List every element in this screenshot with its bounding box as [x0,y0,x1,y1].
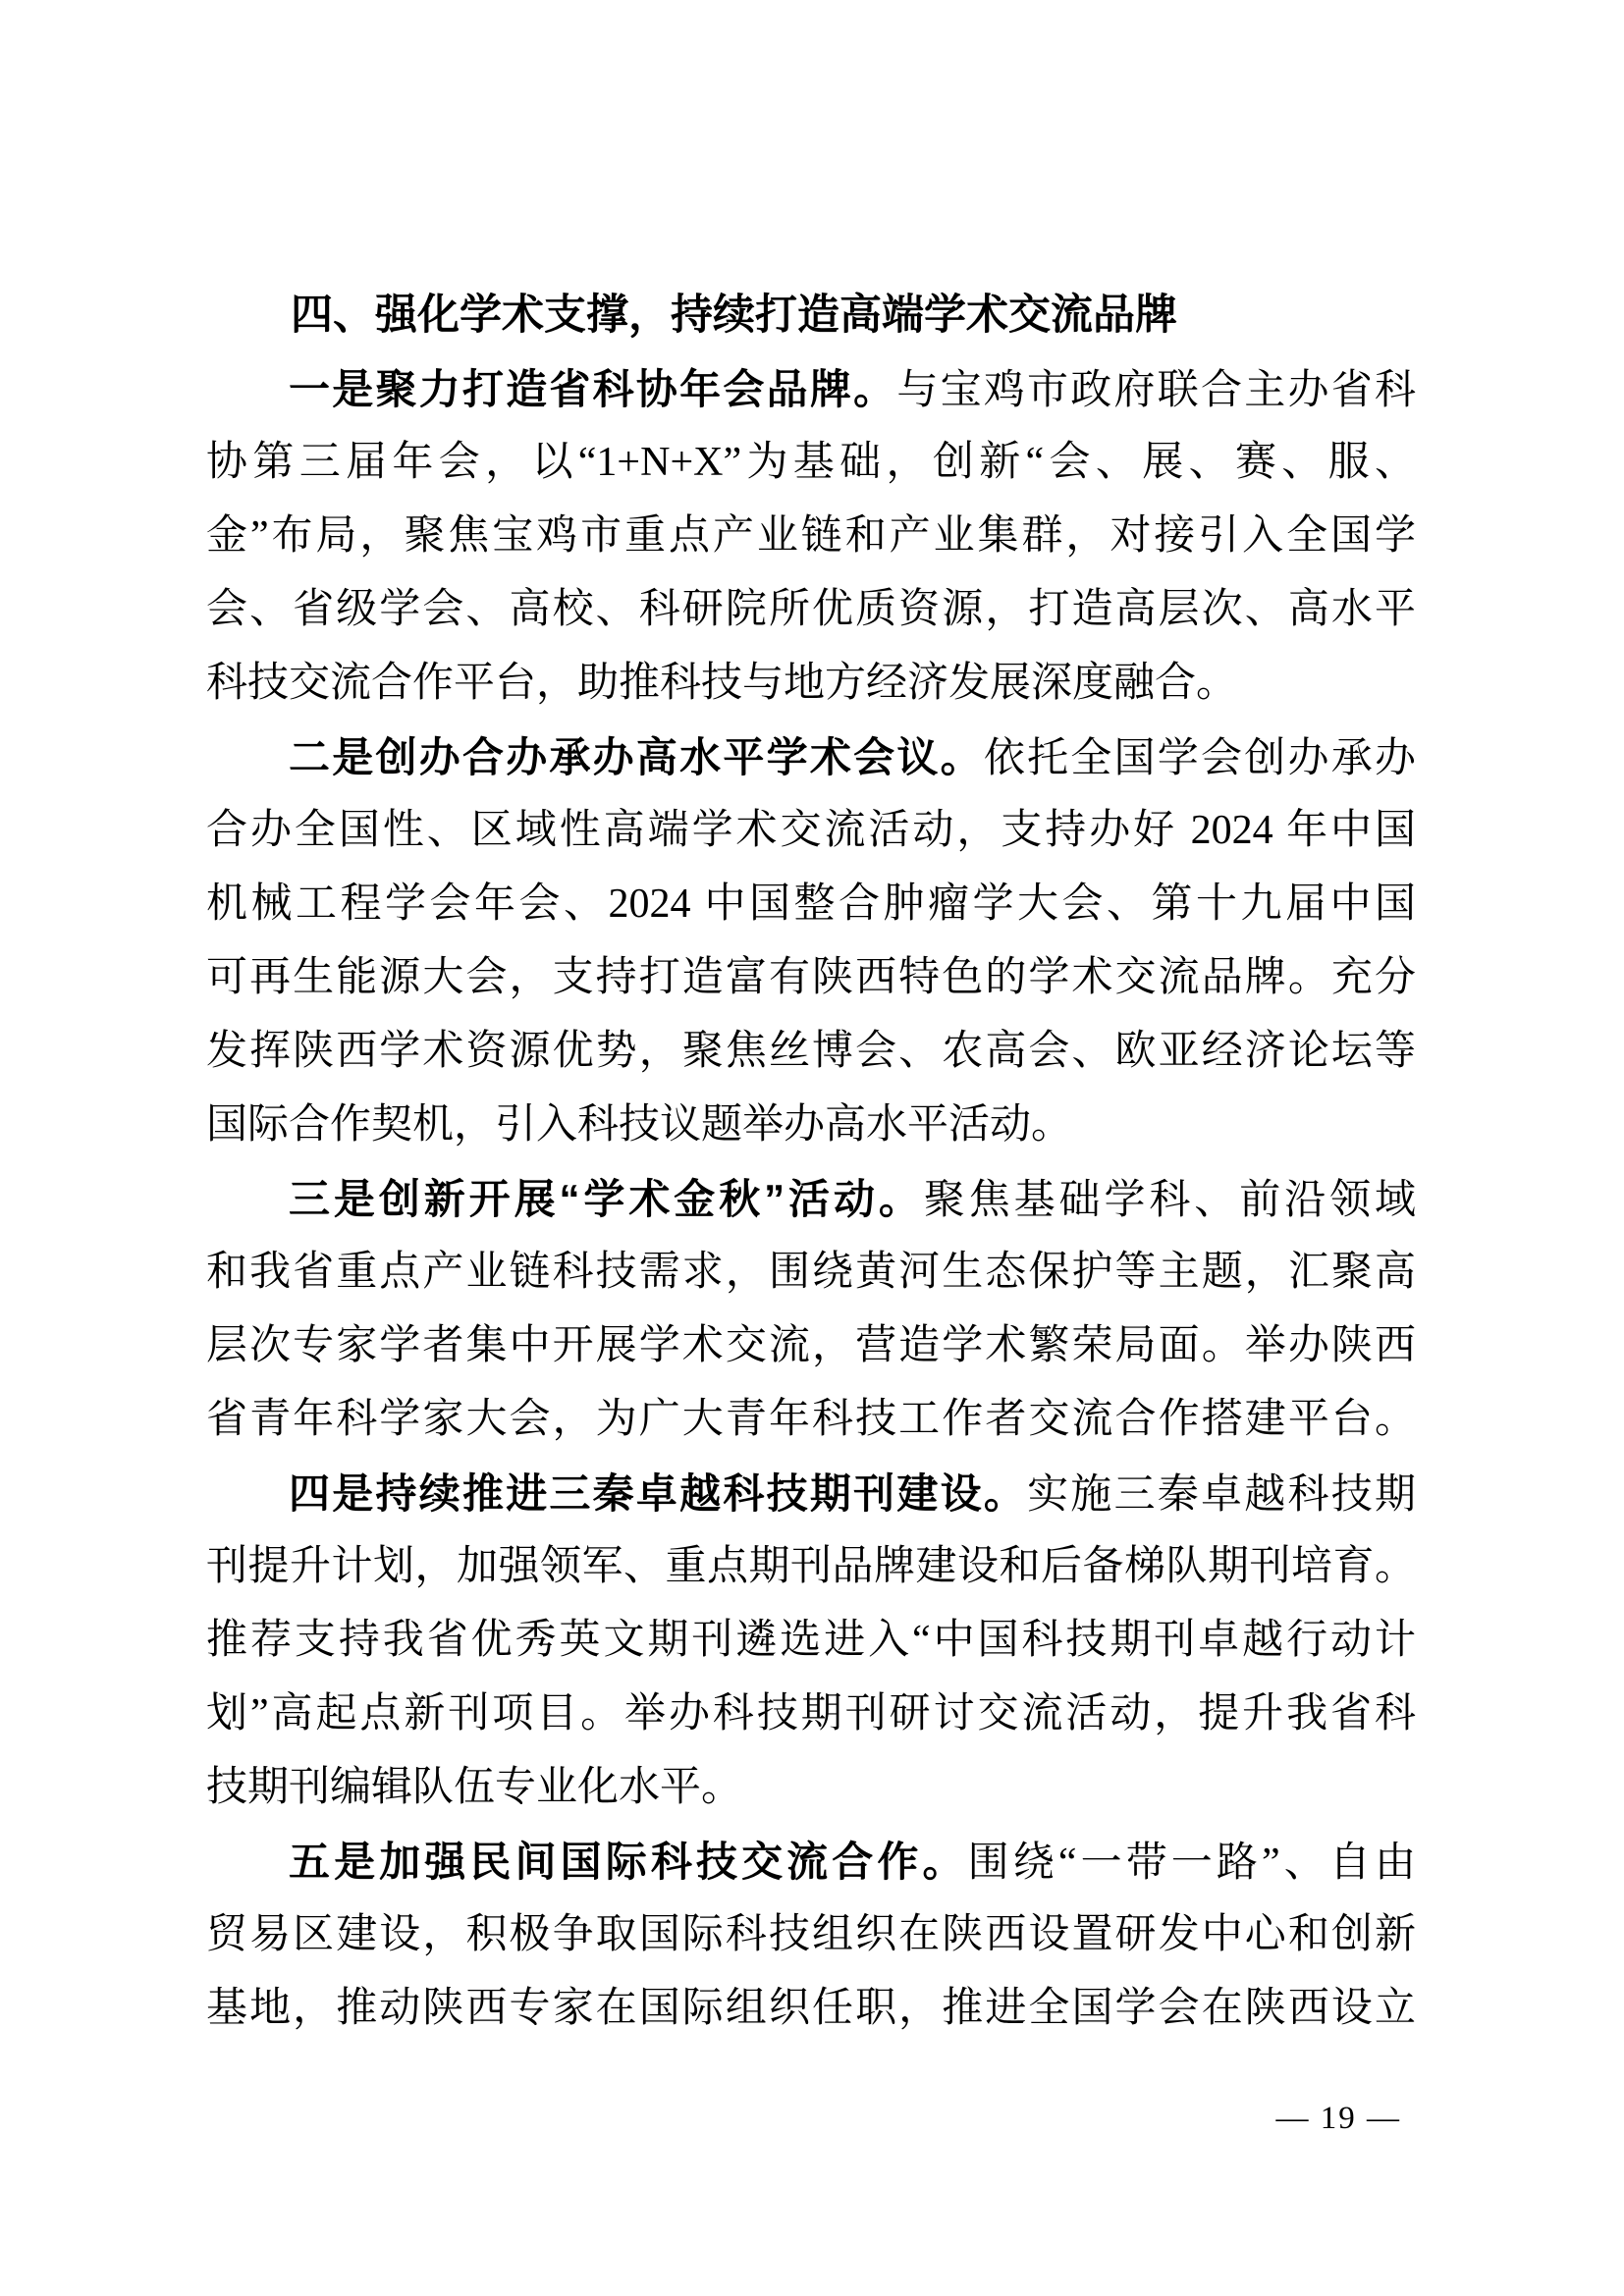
text-line: 二是创办合办承办高水平学术会议。依托全国学会创办承办 [206,721,1416,794]
paragraph-lead: 二是创办合办承办高水平学术会议。 [289,734,984,780]
text-line: 层次专家学者集中开展学术交流，营造学术繁荣局面。举办陕西 [206,1309,1416,1383]
text-line: 划”高起点新刊项目。举办科技期刊研讨交流活动，提升我省科 [206,1678,1416,1751]
paragraph-lead: 四是持续推进三秦卓越科技期刊建设。 [289,1470,1027,1517]
text-line: 五是加强民间国际科技交流合作。围绕“一带一路”、自由 [206,1825,1416,1898]
text-line: 金”布局，聚焦宝鸡市重点产业链和产业集群，对接引入全国学 [206,500,1416,573]
text-line: 协第三届年会，以“1+N+X”为基础，创新“会、展、赛、服、 [206,426,1416,500]
text-line: 基地，推动陕西专家在国际组织任职，推进全国学会在陕西设立 [206,1972,1416,2046]
body-paragraph: 三是创新开展“学术金秋”活动。聚焦基础学科、前沿领域 和我省重点产业链科技需求，… [206,1162,1416,1457]
text-line: 技期刊编辑队伍专业化水平。 [206,1751,1416,1825]
text-line: 会、省级学会、高校、科研院所优质资源，打造高层次、高水平 [206,573,1416,647]
text-line: 和我省重点产业链科技需求，围绕黄河生态保护等主题，汇聚高 [206,1236,1416,1309]
body-paragraph: 五是加强民间国际科技交流合作。围绕“一带一路”、自由 贸易区建设，积极争取国际科… [206,1825,1416,2046]
text-line: 可再生能源大会，支持打造富有陕西特色的学术交流品牌。充分 [206,941,1416,1015]
body-paragraph: 一是聚力打造省科协年会品牌。与宝鸡市政府联合主办省科 协第三届年会，以“1+N+… [206,352,1416,721]
text-line: 推荐支持我省优秀英文期刊遴选进入“中国科技期刊卓越行动计 [206,1604,1416,1678]
text-line: 刊提升计划，加强领军、重点期刊品牌建设和后备梯队期刊培育。 [206,1530,1416,1604]
paragraph-text: 实施三秦卓越科技期 [1027,1472,1416,1518]
paragraph-text: 依托全国学会创办承办 [984,736,1416,781]
text-line: 发挥陕西学术资源优势，聚焦丝博会、农高会、欧亚经济论坛等 [206,1015,1416,1089]
text-line: 科技交流合作平台，助推科技与地方经济发展深度融合。 [206,647,1416,721]
body-paragraph: 二是创办合办承办高水平学术会议。依托全国学会创办承办 合办全国性、区域性高端学术… [206,721,1416,1162]
paragraph-lead: 三是创新开展“学术金秋”活动。 [289,1176,924,1222]
paragraph-text: 与宝鸡市政府联合主办省科 [896,368,1416,413]
text-line: 省青年科学家大会，为广大青年科技工作者交流合作搭建平台。 [206,1383,1416,1457]
document-content: 四、强化学术支撑，持续打造高端学术交流品牌 一是聚力打造省科协年会品牌。与宝鸡市… [206,279,1416,2046]
text-line: 合办全国性、区域性高端学术交流活动，支持办好 2024 年中国 [206,794,1416,868]
paragraph-lead: 一是聚力打造省科协年会品牌。 [289,366,896,412]
document-page: 四、强化学术支撑，持续打造高端学术交流品牌 一是聚力打造省科协年会品牌。与宝鸡市… [0,0,1624,2296]
paragraph-lead: 五是加强民间国际科技交流合作。 [289,1839,968,1885]
text-line: 四是持续推进三秦卓越科技期刊建设。实施三秦卓越科技期 [206,1457,1416,1530]
text-line: 贸易区建设，积极争取国际科技组织在陕西设置研发中心和创新 [206,1898,1416,1972]
text-line: 三是创新开展“学术金秋”活动。聚焦基础学科、前沿领域 [206,1162,1416,1236]
body-paragraph: 四是持续推进三秦卓越科技期刊建设。实施三秦卓越科技期 刊提升计划，加强领军、重点… [206,1457,1416,1825]
page-number: — 19 — [1276,2099,1402,2138]
paragraph-text: 聚焦基础学科、前沿领域 [924,1178,1416,1223]
text-line: 国际合作契机，引入科技议题举办高水平活动。 [206,1089,1416,1162]
text-line: 一是聚力打造省科协年会品牌。与宝鸡市政府联合主办省科 [206,352,1416,426]
paragraph-text: 围绕“一带一路”、自由 [968,1841,1416,1886]
section-heading: 四、强化学术支撑，持续打造高端学术交流品牌 [206,279,1416,352]
text-line: 机械工程学会年会、2024 中国整合肿瘤学大会、第十九届中国 [206,868,1416,941]
